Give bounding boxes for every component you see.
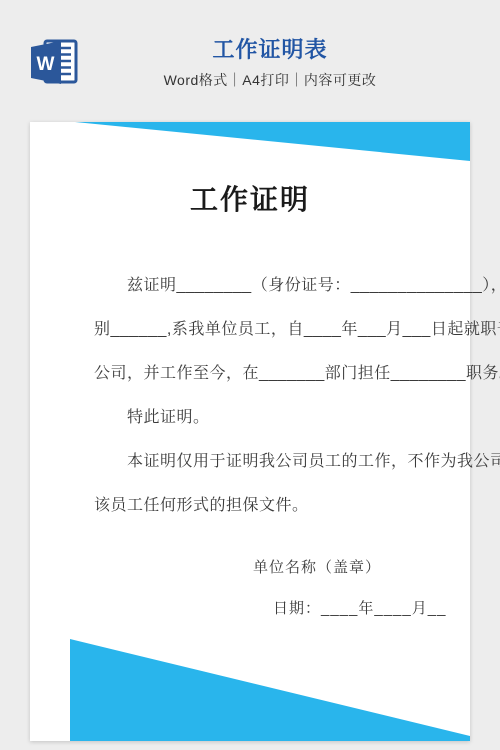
header: W 工作证明表 Word格式｜A4打印｜内容可更改: [0, 0, 500, 122]
document-body-line: 公司，并工作至今，在_______部门担任________职务。: [94, 352, 450, 396]
document-body-line: 兹证明________（身份证号：______________），性: [94, 264, 450, 308]
document-page: 工作证明 兹证明________（身份证号：______________），性别…: [30, 122, 470, 741]
document-body-line: 特此证明。: [94, 396, 450, 440]
document-body-line: 该员工任何形式的担保文件。: [94, 484, 450, 528]
bottom-ribbon-decoration: [30, 636, 470, 741]
document-title: 工作证明: [30, 178, 470, 218]
page-subtitle: Word格式｜A4打印｜内容可更改: [40, 70, 500, 90]
document-body-line: 本证明仅用于证明我公司员工的工作，不作为我公司对: [94, 440, 450, 484]
date-line: 日期：____年____月__: [273, 597, 446, 618]
header-text-block: 工作证明表 Word格式｜A4打印｜内容可更改: [40, 36, 500, 90]
top-ribbon-decoration: [30, 122, 470, 162]
signature-label: 单位名称（盖章）: [253, 556, 381, 577]
document-body: 兹证明________（身份证号：______________），性别_____…: [94, 264, 450, 528]
page-title: 工作证明表: [40, 36, 500, 64]
document-body-line: 别______,系我单位员工，自____年___月___日起就职于我: [94, 308, 450, 352]
